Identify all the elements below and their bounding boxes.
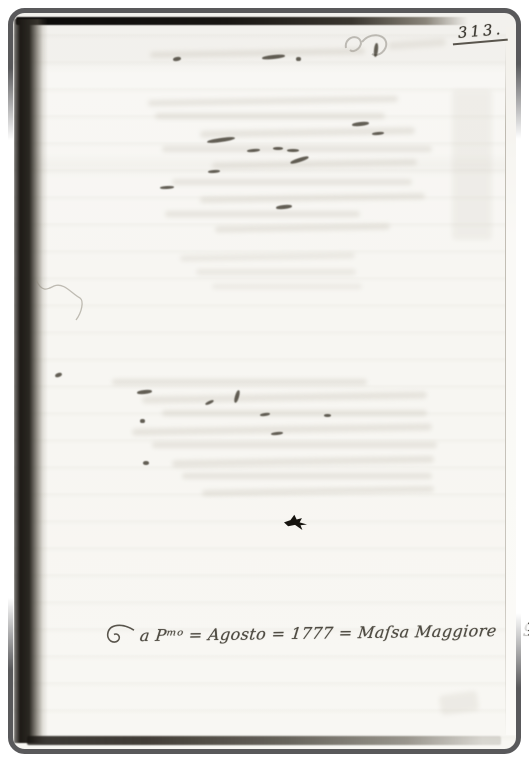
scan-edge-top [16,17,482,25]
footer-inscription: a Pᵐᵒ = Agosto = 1777 = Maſsa Maggiore [139,621,498,645]
book-gutter-shadow [14,19,48,743]
footer-amount: 91. — · — [522,618,529,640]
footer-inscription-row: a Pᵐᵒ = Agosto = 1777 = Maſsa Maggiore 9… [104,607,529,656]
scan-viewer: 313. a Pᵐᵒ = Agosto = 1777 = Maſsa Maggi… [0,0,529,760]
flourish-icon [104,620,138,650]
scan-edge-bottom [27,736,501,745]
frame-fade-right [516,64,528,688]
